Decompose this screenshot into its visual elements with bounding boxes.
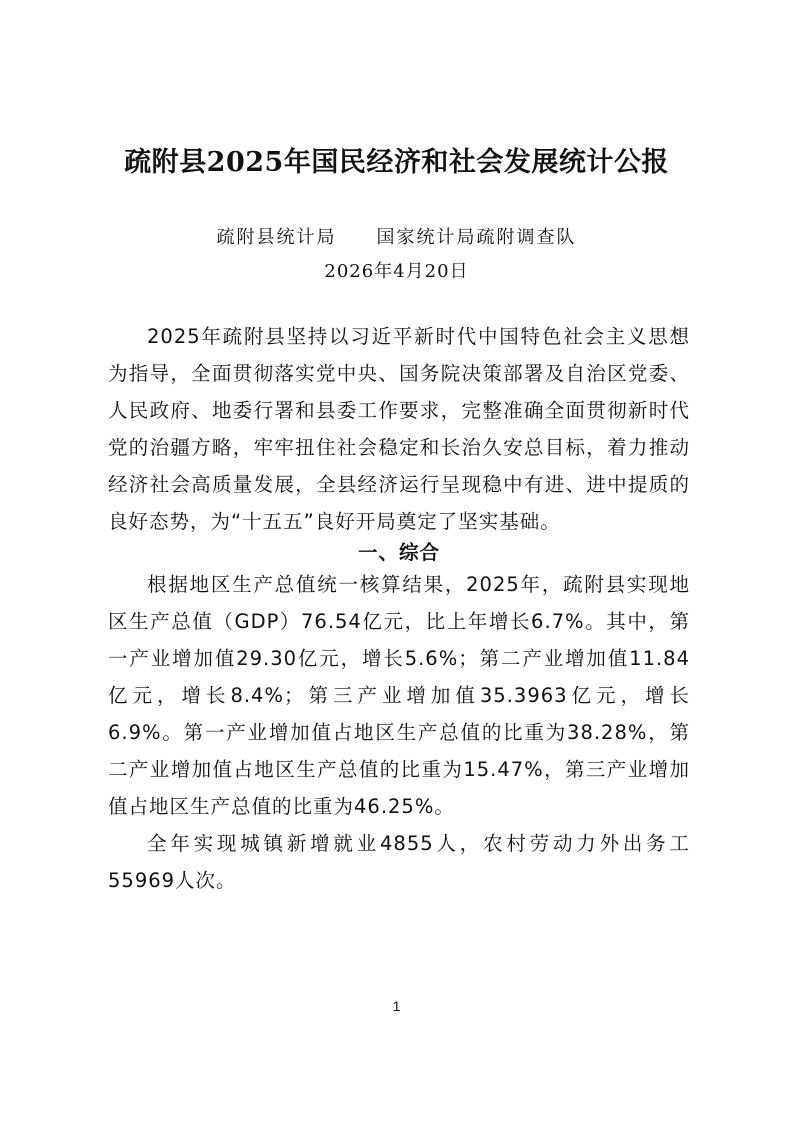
author-county-statistics-bureau: 疏附县统计局 [217, 227, 337, 248]
authors-line: 疏附县统计局国家统计局疏附调查队 [0, 224, 793, 252]
intro-paragraph: 2025年疏附县坚持以习近平新时代中国特色社会主义思想为指导，全面贯彻落实党中央… [108, 318, 690, 540]
page-number: 1 [0, 998, 793, 1014]
publication-date: 2026年4月20日 [0, 258, 793, 286]
author-survey-team: 国家统计局疏附调查队 [377, 227, 577, 248]
document-title: 疏附县2025年国民经济和社会发展统计公报 [0, 139, 793, 187]
employment-paragraph: 全年实现城镇新增就业4855人，农村劳动力外出务工55969人次。 [108, 825, 690, 899]
section-heading-overview: 一、综合 [108, 540, 690, 566]
gdp-paragraph: 根据地区生产总值统一核算结果，2025年，疏附县实现地区生产总值（GDP）76.… [108, 566, 690, 825]
document-body: 2025年疏附县坚持以习近平新时代中国特色社会主义思想为指导，全面贯彻落实党中央… [108, 318, 690, 899]
